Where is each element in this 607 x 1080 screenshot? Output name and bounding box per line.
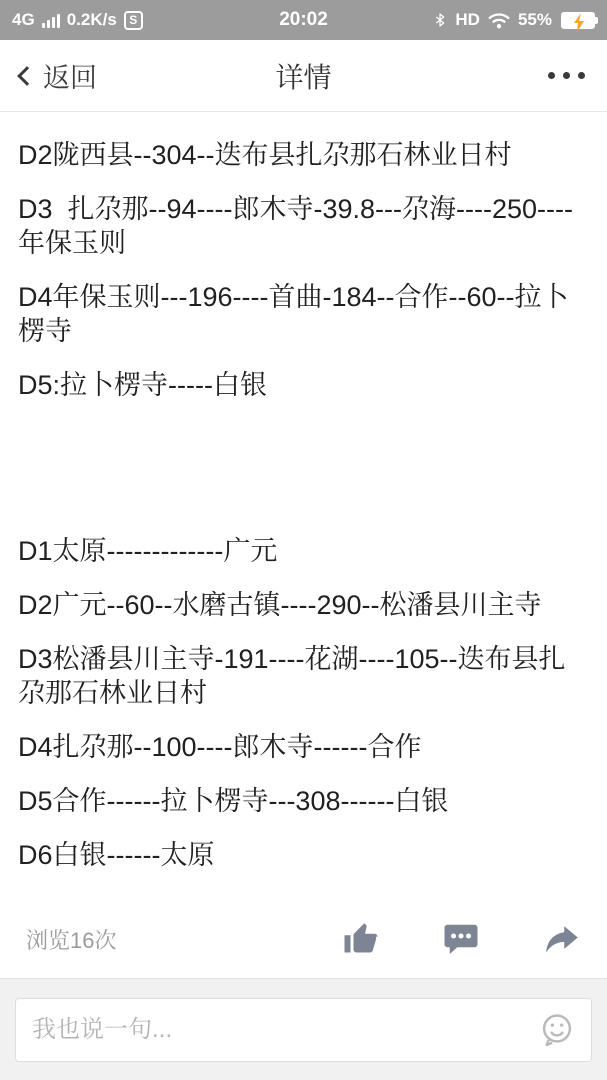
charge-bolt-icon (573, 13, 585, 32)
phone-screen: 4G 0.2K/s S 20:02 HD 55% 返回 详情 D2陇西县--30… (0, 0, 607, 1080)
comment-button[interactable] (443, 921, 479, 957)
chevron-left-icon (17, 66, 37, 86)
itinerary-line: D3松潘县川主寺-191----花湖----105--迭布县扎尕那石林业日村 (18, 642, 589, 710)
itinerary-line: D4年保玉则---196----首曲-184--合作--60--拉卜楞寺 (18, 280, 589, 348)
comment-input-box[interactable] (15, 998, 592, 1062)
itinerary-line: D1太原-------------广元 (18, 534, 589, 568)
action-bar: 浏览16次 (0, 900, 607, 978)
itinerary-line: D3 扎尕那--94----郎木寺-39.8---尕海----250----年保… (18, 192, 589, 260)
view-count: 浏览16次 (26, 924, 116, 955)
more-menu-button[interactable] (546, 62, 587, 89)
emoji-button[interactable] (539, 1012, 575, 1048)
more-menu-icon (578, 72, 585, 79)
battery-charging-icon (561, 12, 595, 29)
comment-input[interactable] (32, 1016, 539, 1044)
content-gap (18, 422, 589, 534)
itinerary-line: D5合作------拉卜楞寺---308------白银 (18, 784, 589, 818)
comment-icon (443, 921, 479, 957)
back-button[interactable]: 返回 (20, 56, 97, 95)
itinerary-line: D2陇西县--304--迭布县扎尕那石林业日村 (18, 138, 589, 172)
clock: 20:02 (0, 9, 607, 31)
back-label: 返回 (43, 56, 97, 95)
status-bar: 4G 0.2K/s S 20:02 HD 55% (0, 0, 607, 40)
more-menu-icon (563, 72, 570, 79)
post-content: D2陇西县--304--迭布县扎尕那石林业日村 D3 扎尕那--94----郎木… (0, 112, 607, 900)
itinerary-line: D2广元--60--水磨古镇----290--松潘县川主寺 (18, 588, 589, 622)
action-buttons (343, 921, 581, 957)
more-menu-icon (548, 72, 555, 79)
like-button[interactable] (343, 921, 379, 957)
itinerary-line: D4扎尕那--100----郎木寺------合作 (18, 730, 589, 764)
share-icon (543, 921, 581, 957)
smiley-icon (539, 1012, 575, 1048)
thumbs-up-icon (343, 921, 379, 957)
nav-bar: 返回 详情 (0, 40, 607, 112)
comment-bar (0, 978, 607, 1080)
share-button[interactable] (543, 921, 581, 957)
itinerary-line: D6白银------太原 (18, 838, 589, 872)
itinerary-line: D5:拉卜楞寺-----白银 (18, 368, 589, 402)
